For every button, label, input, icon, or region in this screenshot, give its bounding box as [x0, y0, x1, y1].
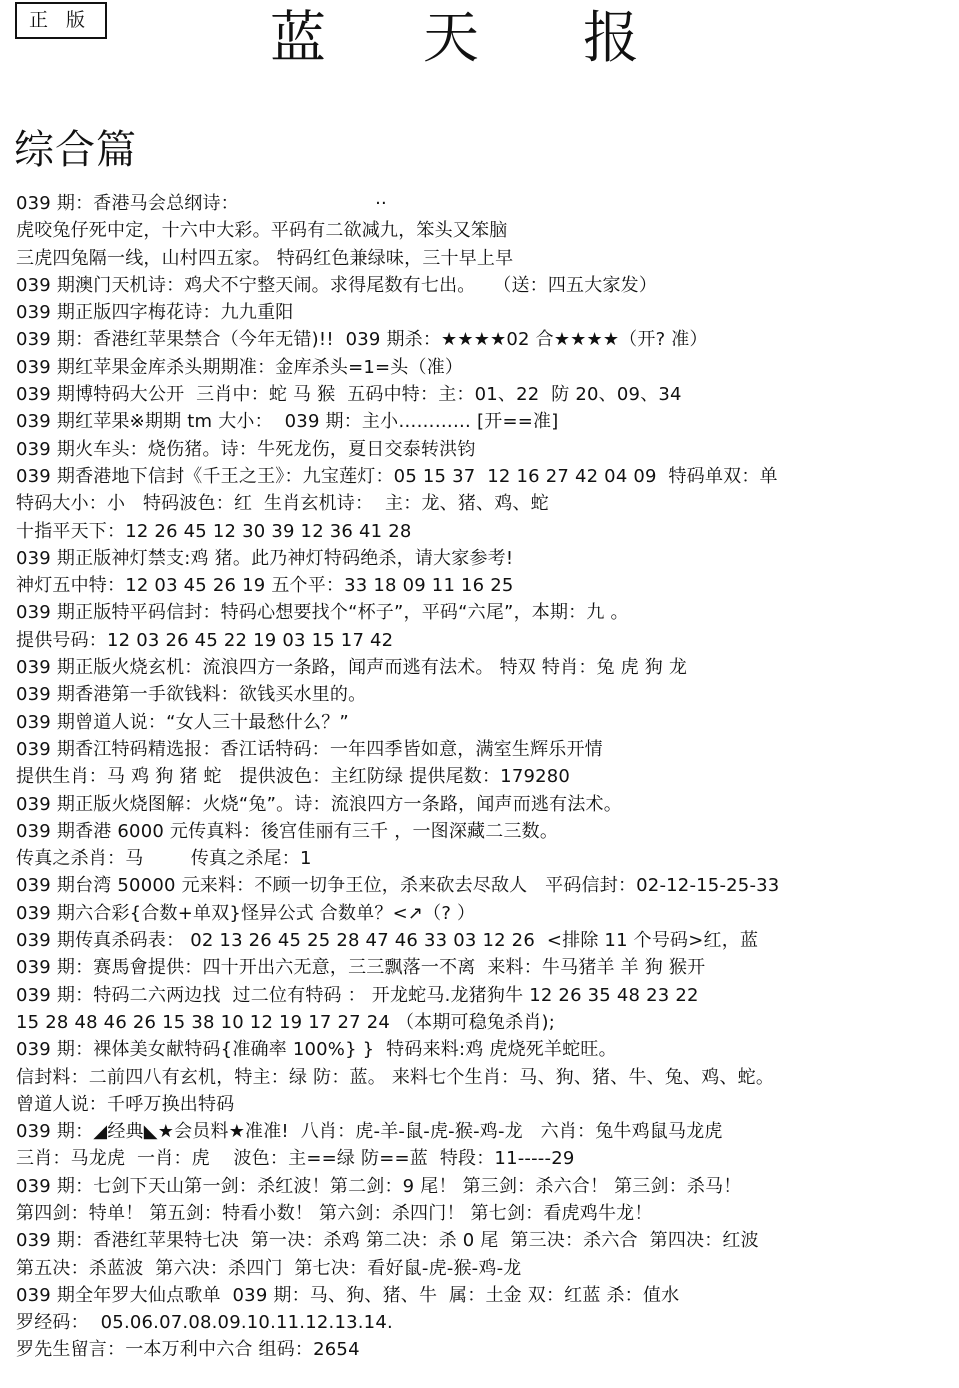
text-line: 039 期红苹果金库杀头期期准：金库杀头=1=头（准） — [16, 354, 951, 381]
text-line: 039 期：特码二六两边找 过二位有特码 ： 开龙蛇马.龙猪狗牛 12 26 3… — [16, 982, 951, 1009]
text-line: 039 期：裸体美女献特码{准确率 100%} } 特码来料:鸡 虎烧死羊蛇旺。 — [16, 1036, 951, 1063]
text-line: 039 期正版特平码信封：特码心想要找个“杯子”，平码“六尾”，本期：九 。 — [16, 599, 951, 626]
text-line: 神灯五中特：12 03 45 26 19 五个平：33 18 09 11 16 … — [16, 572, 951, 599]
text-line: 039 期六合彩{合数+单双}怪异公式 合数单？<↗（? ） — [16, 900, 951, 927]
text-line: 三虎四兔隔一线，山村四五家。 特码红色兼绿味，三十早上早 — [16, 245, 951, 272]
text-line: 十指平天下：12 26 45 12 30 39 12 36 41 28 — [16, 518, 951, 545]
text-line: 039 期传真杀码表： 02 13 26 45 25 28 47 46 33 0… — [16, 927, 951, 954]
text-line: 039 期正版火烧玄机：流浪四方一条路，闻声而逃有法术。 特双 特肖：兔 虎 狗… — [16, 654, 951, 681]
text-line: 039 期火车头：烧伤猪。诗：牛死龙伤，夏日交泰转洪钧 — [16, 436, 951, 463]
text-line: 039 期：香港马会总纲诗： ·· — [16, 190, 951, 217]
text-line: 039 期：◢经典◣★会员料★准准! 八肖：虎-羊-鼠-虎-猴-鸡-龙 六肖：兔… — [16, 1118, 951, 1145]
text-line: 曾道人说：千呼万换出特码 — [16, 1091, 951, 1118]
title-char: 蓝 — [270, 4, 326, 74]
text-line: 039 期澳门天机诗：鸡犬不宁整天闹。求得尾数有七出。 （送：四五大家发） — [16, 272, 951, 299]
text-line: 传真之杀肖：马 传真之杀尾：1 — [16, 845, 951, 872]
text-line: 第五决：杀蓝波 第六决：杀四门 第七决：看好鼠-虎-猴-鸡-龙 — [16, 1255, 951, 1282]
text-line: 039 期：香港红苹果特七决 第一决：杀鸡 第二决：杀 0 尾 第三决：杀六合 … — [16, 1227, 951, 1254]
text-line: 039 期正版神灯禁支:鸡 猪。此乃神灯特码绝杀，请大家参考! — [16, 545, 951, 572]
text-line: 三肖：马龙虎 一肖：虎 波色：主==绿 防==蓝 特段：11-----29 — [16, 1145, 951, 1172]
text-line: 039 期：香港红苹果禁合（今年无错)!! 039 期杀：★★★★02 合★★★… — [16, 326, 951, 353]
text-line: 信封料：二前四八有玄机，特主：绿 防：蓝。 来料七个生肖：马、狗、猪、牛、兔、鸡… — [16, 1064, 951, 1091]
text-line: 提供号码：12 03 26 45 22 19 03 15 17 42 — [16, 627, 951, 654]
text-line: 039 期正版四字梅花诗：九九重阳 — [16, 299, 951, 326]
text-line: 039 期：七剑下天山第一剑：杀红波！第二剑：9 尾！ 第三剑：杀六合！ 第三剑… — [16, 1173, 951, 1200]
text-line: 039 期香港第一手欲钱料：欲钱买水里的。 — [16, 681, 951, 708]
masthead-title: 蓝 天 报 — [0, 4, 959, 74]
text-line: 039 期香港地下信封《千王之王》：九宝莲灯：05 15 37 12 16 27… — [16, 463, 951, 490]
text-line: 提供生肖：马 鸡 狗 猪 蛇 提供波色：主红防绿 提供尾数：179280 — [16, 763, 951, 790]
section-title: 综合篇 — [14, 124, 137, 176]
title-char: 天 — [423, 4, 479, 74]
text-line: 039 期曾道人说：“女人三十最愁什么？” — [16, 709, 951, 736]
text-line: 039 期：赛馬會提供：四十开出六无意，三三飘落一不离 来料：牛马猪羊 羊 狗 … — [16, 954, 951, 981]
text-line: 039 期正版火烧图解：火烧“兔”。诗：流浪四方一条路，闻声而逃有法术。 — [16, 791, 951, 818]
text-line: 特码大小：小 特码波色：红 生肖玄机诗： 主：龙、猪、鸡、蛇 — [16, 490, 951, 517]
title-char: 报 — [583, 4, 639, 74]
text-line: 039 期香港 6000 元传真料：後宫佳丽有三千 ，一图深藏二三数。 — [16, 818, 951, 845]
text-line: 039 期台湾 50000 元来料：不顾一切争王位，杀来砍去尽敌人 平码信封：0… — [16, 872, 951, 899]
text-line: 虎咬兔仔死中定，十六中大彩。平码有二欲减九，笨头又笨脑 — [16, 217, 951, 244]
text-line: 039 期全年罗大仙点歌单 039 期：马、狗、猪、牛 属：土金 双：红蓝 杀：… — [16, 1282, 951, 1309]
text-line: 第四剑：特单！ 第五剑：特看小数！ 第六剑：杀四门！ 第七剑：看虎鸡牛龙！ — [16, 1200, 951, 1227]
text-line: 罗经码： 05.06.07.08.09.10.11.12.13.14. — [16, 1309, 951, 1336]
text-line: 039 期香江特码精选报：香江话特码：一年四季皆如意，满室生辉乐开情 — [16, 736, 951, 763]
text-line: 15 28 48 46 26 15 38 10 12 19 17 27 24 （… — [16, 1009, 951, 1036]
article-body: 039 期：香港马会总纲诗： ·· 虎咬兔仔死中定，十六中大彩。平码有二欲减九，… — [16, 190, 951, 1364]
text-line: 039 期博特码大公开 三肖中：蛇 马 猴 五码中特：主：01、22 防 20、… — [16, 381, 951, 408]
text-line: 罗先生留言：一本万利中六合 组码：2654 — [16, 1336, 951, 1363]
text-line: 039 期红苹果※期期 tm 大小： 039 期：主小………… [开==准] — [16, 408, 951, 435]
